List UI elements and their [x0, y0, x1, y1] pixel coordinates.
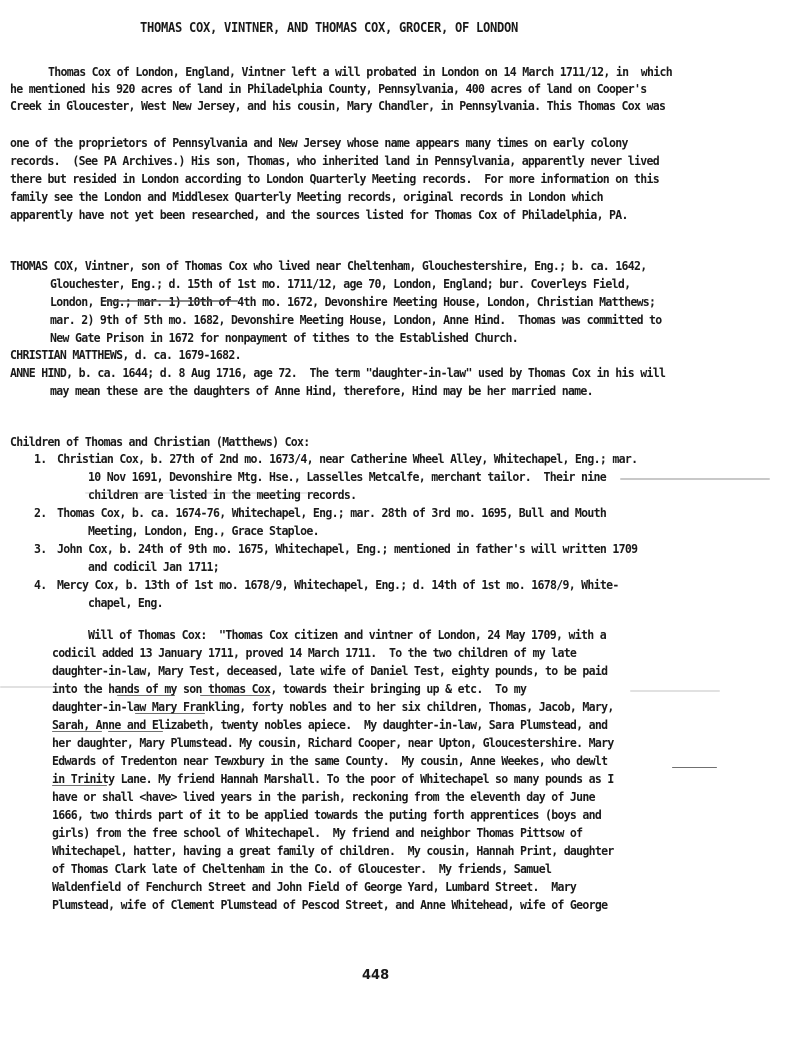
child-line: Christian Cox, b. 27th of 2nd mo. 1673/4… — [57, 450, 637, 467]
child-number: 2. — [34, 504, 46, 521]
page-number: 448 — [362, 968, 389, 983]
intro-line: Creek in Gloucester, West New Jersey, an… — [10, 97, 665, 114]
underline-mark — [672, 767, 717, 768]
children-heading: Children of Thomas and Christian (Matthe… — [10, 433, 310, 450]
entry-line: Glouchester, Eng.; d. 15th of 1st mo. 17… — [50, 275, 630, 292]
intro-line: Thomas Cox of London, England, Vintner l… — [48, 63, 672, 80]
underline-mark — [52, 785, 107, 786]
pencil-mark — [630, 690, 720, 692]
will-line: codicil added 13 January 1711, proved 14… — [52, 644, 576, 661]
intro-line: one of the proprietors of Pennsylvania a… — [10, 134, 628, 151]
child-line: chapel, Eng. — [88, 594, 163, 611]
child-line: Mercy Cox, b. 13th of 1st mo. 1678/9, Wh… — [57, 576, 619, 593]
underline-mark — [108, 731, 163, 732]
will-line: in Trinity Lane. My friend Hannah Marsha… — [52, 770, 614, 787]
document-title: THOMAS COX, VINTNER, AND THOMAS COX, GRO… — [140, 20, 518, 37]
intro-line: he mentioned his 920 acres of land in Ph… — [10, 80, 646, 97]
will-line: Whitechapel, hatter, having a great fami… — [52, 842, 614, 859]
underline-mark — [135, 713, 205, 714]
will-line: girls) from the free school of Whitechap… — [52, 824, 582, 841]
will-line: Edwards of Tredenton near Tewxbury in th… — [52, 752, 607, 769]
child-line: and codicil Jan 1711; — [88, 558, 219, 575]
will-line: daughter-in-law, Mary Test, deceased, la… — [52, 662, 607, 679]
entry-line: THOMAS COX, Vintner, son of Thomas Cox w… — [10, 257, 646, 274]
entry-line: New Gate Prison in 1672 for nonpayment o… — [50, 329, 518, 346]
intro-line: family see the London and Middlesex Quar… — [10, 188, 603, 205]
will-line: Plumstead, wife of Clement Plumstead of … — [52, 896, 607, 913]
entry-line: mar. 2) 9th of 5th mo. 1682, Devonshire … — [50, 311, 662, 328]
will-line: have or shall <have> lived years in the … — [52, 788, 595, 805]
entry-line: ANNE HIND, b. ca. 1644; d. 8 Aug 1716, a… — [10, 364, 665, 381]
pencil-mark — [85, 492, 315, 494]
underline-mark — [117, 695, 175, 696]
intro-line: there but resided in London according to… — [10, 170, 659, 187]
underline-mark — [200, 695, 270, 696]
child-number: 4. — [34, 576, 46, 593]
will-line: her daughter, Mary Plumstead. My cousin,… — [52, 734, 614, 751]
will-line: Will of Thomas Cox: "Thomas Cox citizen … — [88, 626, 606, 643]
entry-line: may mean these are the daughters of Anne… — [50, 382, 593, 399]
pencil-mark — [620, 478, 770, 480]
pencil-mark — [0, 686, 60, 688]
entry-line: CHRISTIAN MATTHEWS, d. ca. 1679-1682. — [10, 346, 241, 363]
child-line: Thomas Cox, b. ca. 1674-76, Whitechapel,… — [57, 504, 606, 521]
child-line: John Cox, b. 24th of 9th mo. 1675, White… — [57, 540, 637, 557]
will-line: of Thomas Clark late of Cheltenham in th… — [52, 860, 551, 877]
will-line: 1666, two thirds part of it to be applie… — [52, 806, 601, 823]
strikethrough-mark — [103, 300, 238, 302]
document-page: THOMAS COX, VINTNER, AND THOMAS COX, GRO… — [0, 0, 800, 1037]
intro-line: records. (See PA Archives.) His son, Tho… — [10, 152, 659, 169]
intro-line: apparently have not yet been researched,… — [10, 206, 628, 223]
child-number: 1. — [34, 450, 46, 467]
child-line: 10 Nov 1691, Devonshire Mtg. Hse., Lasse… — [88, 468, 606, 485]
entry-line: London, Eng.; mar. 1) 10th of 4th mo. 16… — [50, 293, 655, 310]
child-number: 3. — [34, 540, 46, 557]
will-line: Waldenfield of Fenchurch Street and John… — [52, 878, 576, 895]
child-line: Meeting, London, Eng., Grace Staploe. — [88, 522, 319, 539]
child-line: children are listed in the meeting recor… — [88, 486, 356, 503]
underline-mark — [52, 731, 102, 732]
